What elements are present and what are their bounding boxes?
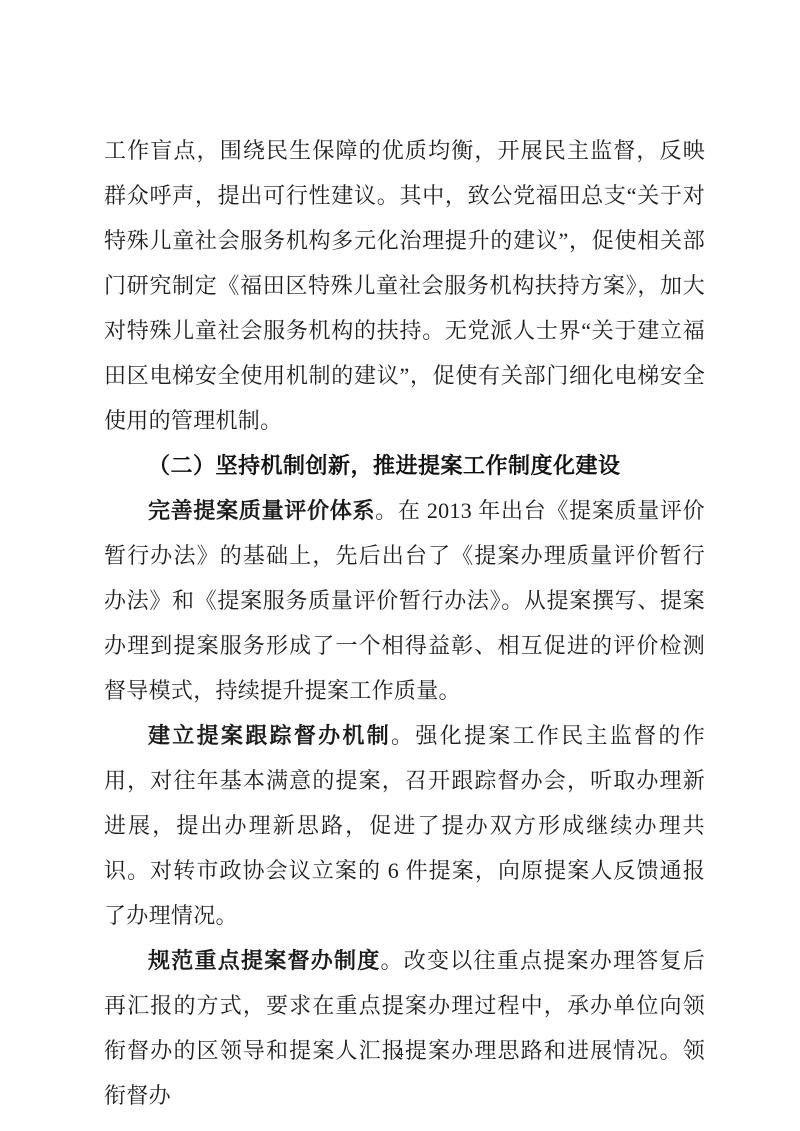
paragraph: 工作盲点，围绕民生保障的优质均衡，开展民主监督，反映群众呼声，提出可行性建议。其… xyxy=(104,128,705,443)
paragraph-text: 。在 2013 年出台《提案质量评价暂行办法》的基础上，先后出台了《提案办理质量… xyxy=(104,498,705,703)
section-heading: （二）坚持机制创新，推进提案工作制度化建设 xyxy=(104,443,705,488)
document-page: 工作盲点，围绕民生保障的优质均衡，开展民主监督，反映群众呼声，提出可行性建议。其… xyxy=(0,0,800,1131)
paragraph-lead: 建立提案跟踪督办机制 xyxy=(148,723,391,748)
paragraph-lead: 完善提案质量评价体系 xyxy=(148,498,375,523)
page-number: 4 xyxy=(0,1044,800,1064)
paragraph: 建立提案跟踪督办机制。强化提案工作民主监督的作用，对往年基本满意的提案，召开跟踪… xyxy=(104,713,705,938)
document-body: 工作盲点，围绕民生保障的优质均衡，开展民主监督，反映群众呼声，提出可行性建议。其… xyxy=(104,128,705,1118)
paragraph: 完善提案质量评价体系。在 2013 年出台《提案质量评价暂行办法》的基础上，先后… xyxy=(104,488,705,713)
paragraph-text: 工作盲点，围绕民生保障的优质均衡，开展民主监督，反映群众呼声，提出可行性建议。其… xyxy=(104,138,705,433)
paragraph-text: 。强化提案工作民主监督的作用，对往年基本满意的提案，召开跟踪督办会，听取办理新进… xyxy=(104,723,705,928)
paragraph-lead: 规范重点提案督办制度 xyxy=(148,948,380,973)
paragraph: 规范重点提案督办制度。改变以往重点提案办理答复后再汇报的方式，要求在重点提案办理… xyxy=(104,938,705,1118)
